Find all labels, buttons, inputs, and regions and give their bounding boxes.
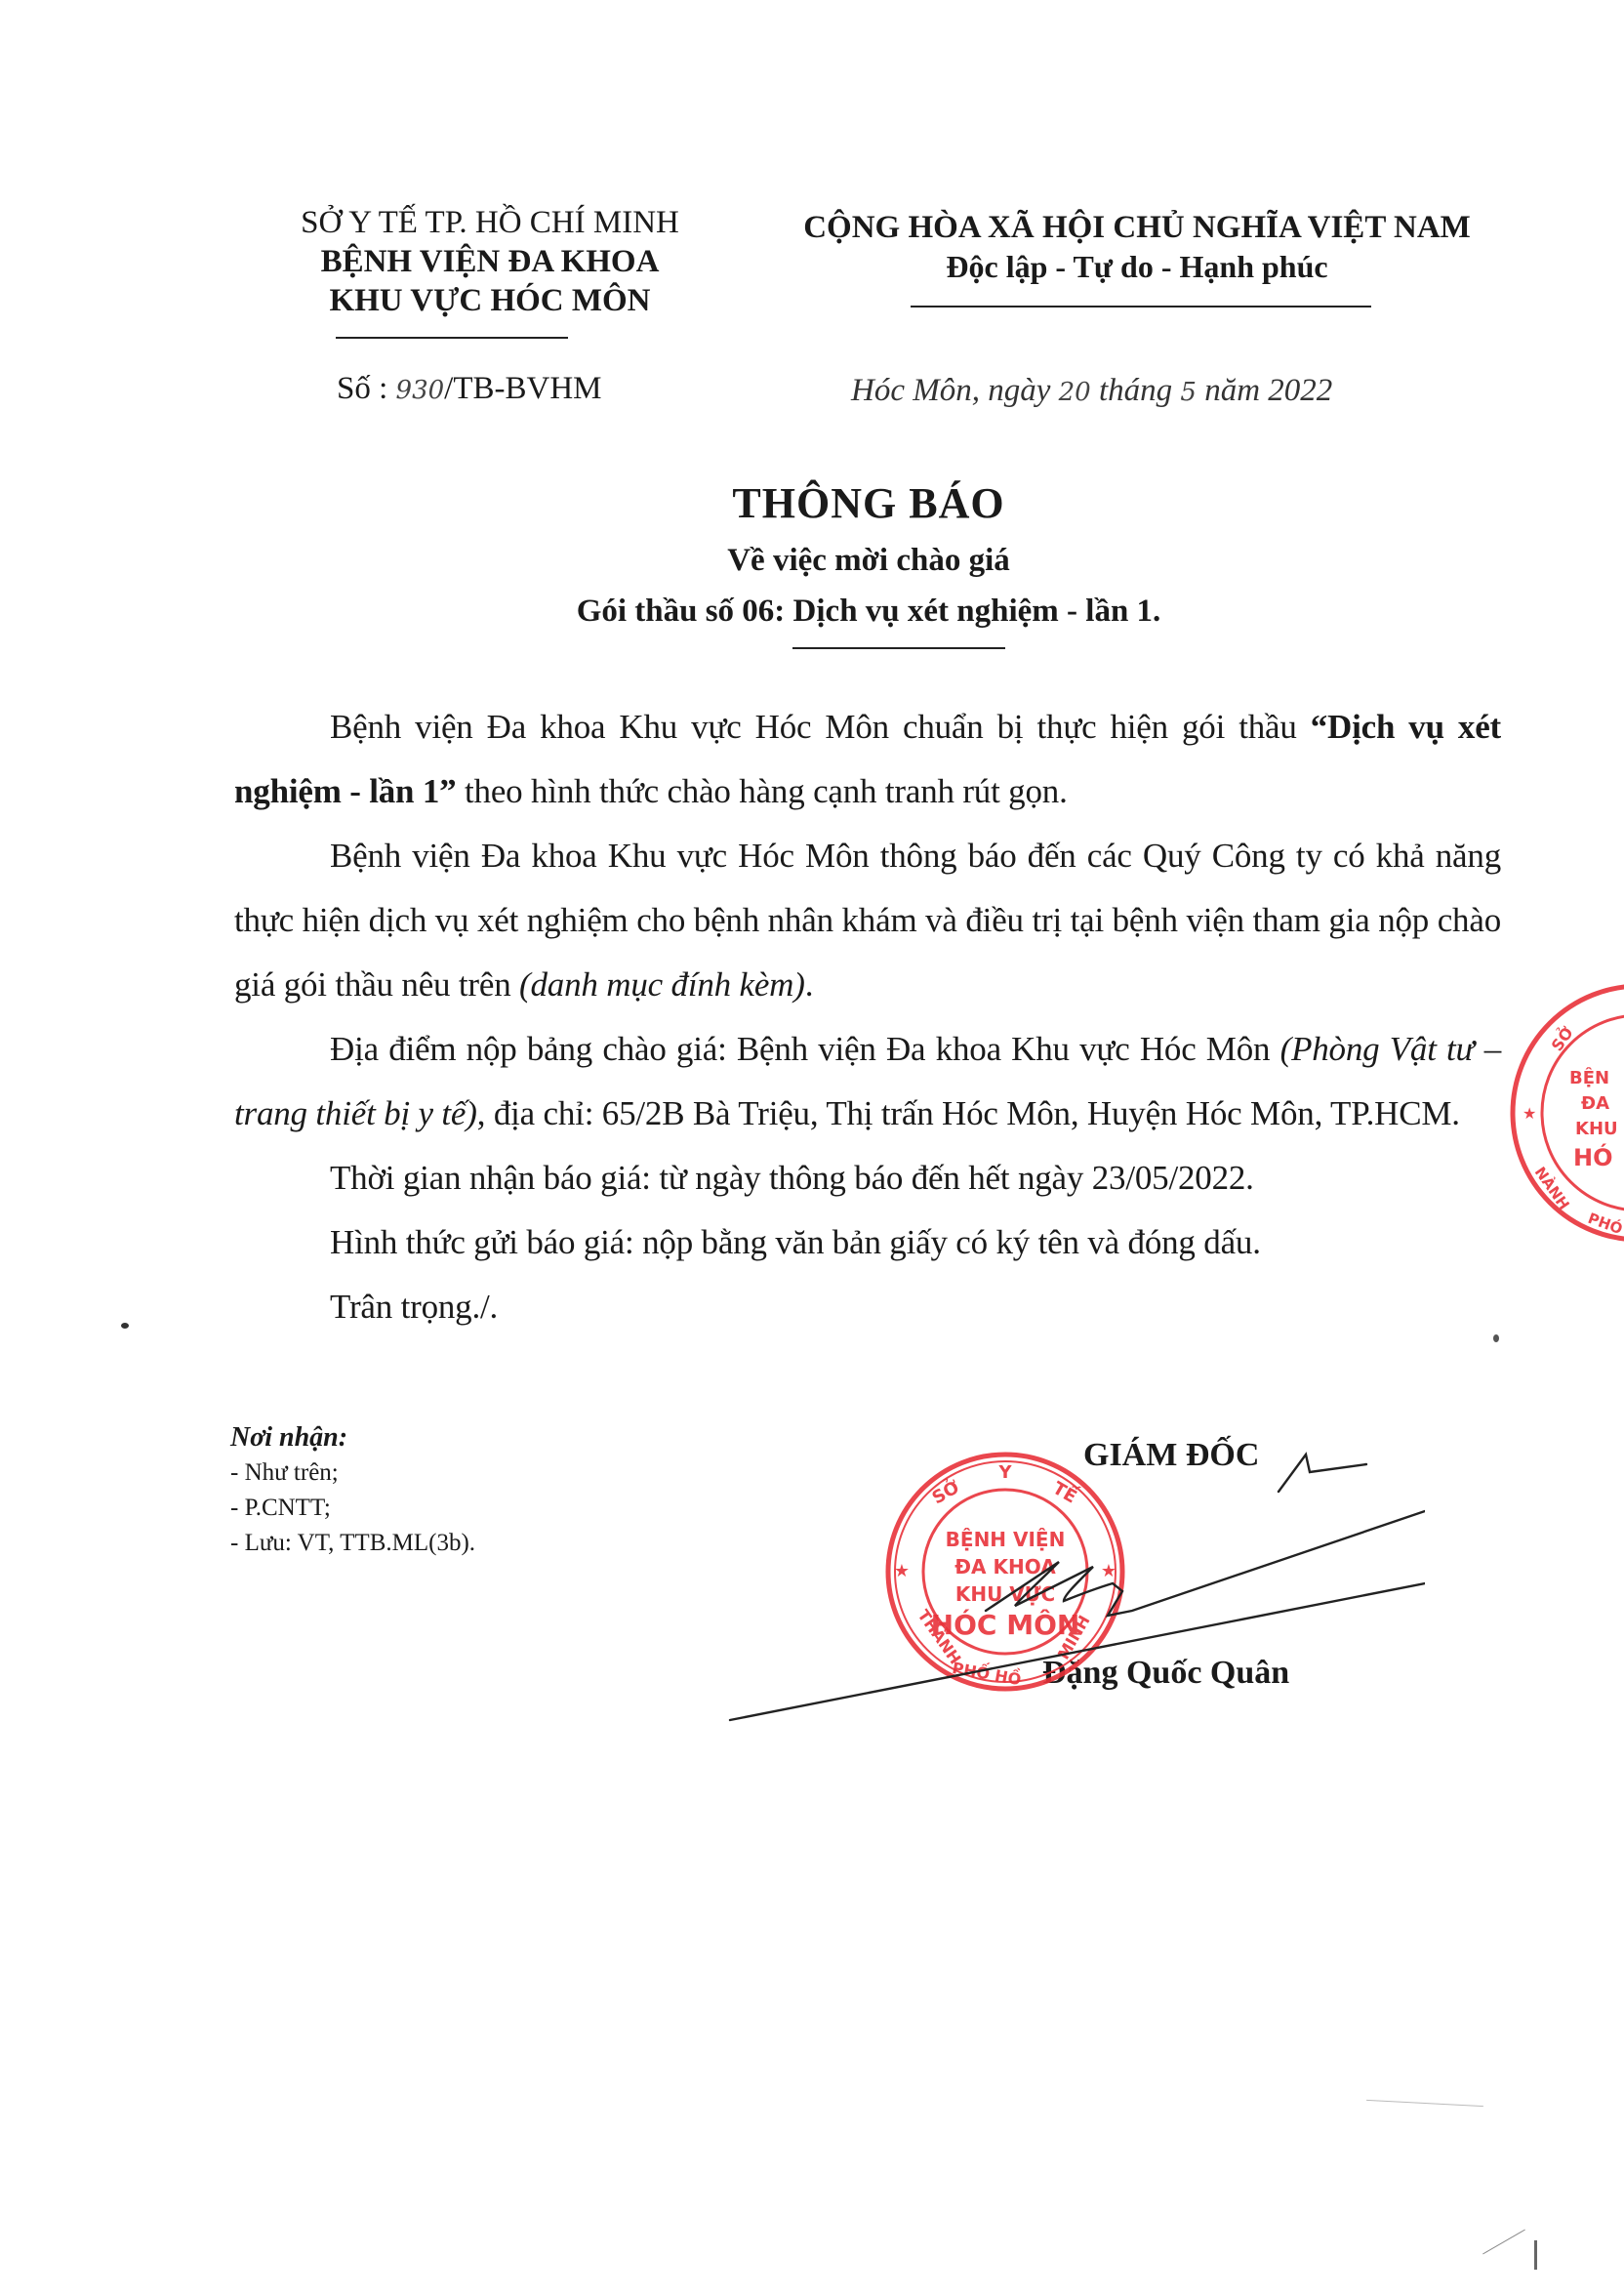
hospital-name-line2: KHU VỰC HÓC MÔN xyxy=(265,281,714,320)
title-block: THÔNG BÁO xyxy=(527,478,1210,528)
svg-text:ĐA: ĐA xyxy=(1581,1093,1609,1114)
attachment-note: (danh mục đính kèm) xyxy=(519,965,805,1004)
package-title: Gói thầu số 06: Dịch vụ xét nghiệm - lần… xyxy=(381,586,1357,636)
document-title: THÔNG BÁO xyxy=(527,478,1210,528)
document-subject: Về việc mời chào giá xyxy=(381,535,1357,586)
scan-speck xyxy=(1493,1334,1499,1342)
p3-text: Địa điểm nộp bảng chào giá: Bệnh viện Đa… xyxy=(330,1030,1280,1068)
date-year: năm 2022 xyxy=(1204,373,1332,408)
scan-line xyxy=(1534,2240,1537,2270)
scan-line xyxy=(1482,2230,1525,2255)
date-place: Hóc Môn, ngày xyxy=(851,373,1050,408)
paragraph-location: Địa điểm nộp bảng chào giá: Bệnh viện Đa… xyxy=(234,1017,1501,1146)
date-month: 5 xyxy=(1180,378,1197,407)
date-month-label: tháng xyxy=(1099,373,1172,408)
document-number: Số : 930/TB-BVHM xyxy=(337,369,602,410)
header-right-underline xyxy=(911,306,1371,307)
svg-text:BỆN: BỆN xyxy=(1569,1067,1609,1088)
department-name: SỞ Y TẾ TP. HỒ CHÍ MINH xyxy=(265,203,714,242)
body: Bệnh viện Đa khoa Khu vực Hóc Môn chuẩn … xyxy=(234,695,1501,1339)
number-suffix: /TB-BVHM xyxy=(444,371,601,406)
subtitle-block: Về việc mời chào giá Gói thầu số 06: Dịc… xyxy=(381,535,1357,636)
p2-text-end: . xyxy=(805,965,814,1004)
date-day: 20 xyxy=(1059,378,1091,407)
p1-text-end: theo hình thức chào hàng cạnh tranh rút … xyxy=(456,772,1067,810)
recipients-heading: Nơi nhận: xyxy=(230,1420,475,1455)
number-prefix: Số : xyxy=(337,371,387,406)
signature-icon xyxy=(722,1425,1425,1738)
p1-text: Bệnh viện Đa khoa Khu vực Hóc Môn chuẩn … xyxy=(330,708,1311,746)
paragraph-submission: Hình thức gửi báo giá: nộp bằng văn bản … xyxy=(234,1210,1501,1275)
hospital-name-line1: BỆNH VIỆN ĐA KHOA xyxy=(265,242,714,281)
p3-text-end: , địa chỉ: 65/2B Bà Triệu, Thị trấn Hóc … xyxy=(477,1094,1460,1132)
scan-line xyxy=(1366,2100,1483,2107)
page-seal-icon: SỞ ★ BỆN ĐA KHU HÓ NÀNH PHÓ xyxy=(1493,976,1624,1250)
number-value: 930 xyxy=(396,376,445,405)
svg-text:★: ★ xyxy=(1522,1104,1536,1123)
scan-speck xyxy=(121,1323,129,1329)
svg-text:KHU: KHU xyxy=(1575,1119,1618,1139)
recipient-item: - Như trên; xyxy=(230,1455,475,1491)
svg-text:HÓ: HÓ xyxy=(1573,1142,1613,1171)
paragraph-closing: Trân trọng./. xyxy=(234,1275,1501,1339)
p2-text: Bệnh viện Đa khoa Khu vực Hóc Môn thông … xyxy=(234,837,1501,1004)
title-underline xyxy=(792,647,1005,649)
header-left-underline xyxy=(336,337,568,339)
nation-name: CỘNG HÒA XÃ HỘI CHỦ NGHĨA VIỆT NAM xyxy=(751,208,1522,247)
paragraph-package: Bệnh viện Đa khoa Khu vực Hóc Môn chuẩn … xyxy=(234,695,1501,824)
header-left: SỞ Y TẾ TP. HỒ CHÍ MINH BỆNH VIỆN ĐA KHO… xyxy=(265,203,714,320)
date-line: Hóc Môn, ngày 20 tháng 5 năm 2022 xyxy=(851,371,1332,412)
header-right: CỘNG HÒA XÃ HỘI CHỦ NGHĨA VIỆT NAM Độc l… xyxy=(751,208,1522,286)
svg-text:SỞ: SỞ xyxy=(1546,1022,1577,1054)
paragraph-invitation: Bệnh viện Đa khoa Khu vực Hóc Môn thông … xyxy=(234,824,1501,1017)
recipient-item: - Lưu: VT, TTB.ML(3b). xyxy=(230,1526,475,1561)
recipient-item: - P.CNTT; xyxy=(230,1491,475,1526)
recipients: Nơi nhận: - Như trên; - P.CNTT; - Lưu: V… xyxy=(230,1420,475,1561)
national-motto: Độc lập - Tự do - Hạnh phúc xyxy=(751,247,1522,286)
paragraph-deadline: Thời gian nhận báo giá: từ ngày thông bá… xyxy=(234,1146,1501,1210)
